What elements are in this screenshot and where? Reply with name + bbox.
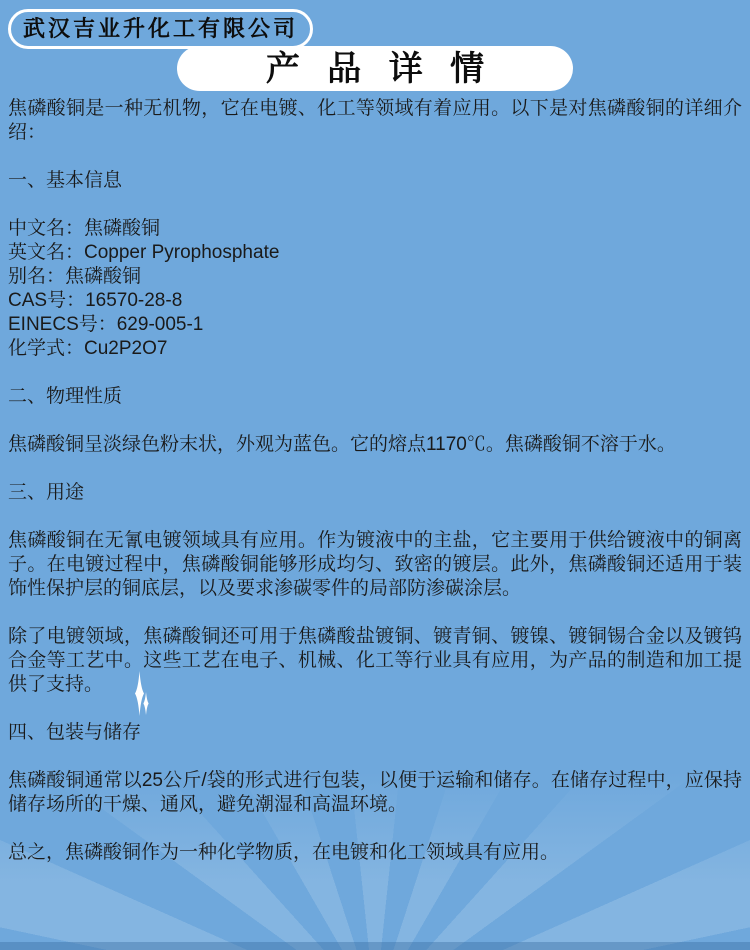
property-chinese-name: 中文名：焦磷酸铜 [8,217,742,241]
uses-paragraph-2: 除了电镀领域，焦磷酸铜还可用于焦磷酸盐镀铜、镀青铜、镀镍、镀铜锡合金以及镀钨合金… [8,625,742,697]
section-heading-physical-properties: 二、物理性质 [8,385,742,409]
section-heading-basic-info: 一、基本信息 [8,169,742,193]
section-heading-uses: 三、用途 [8,481,742,505]
uses-paragraph-1: 焦磷酸铜在无氰电镀领域具有应用。作为镀液中的主盐，它主要用于供给镀液中的铜离子。… [8,529,742,601]
page-title-banner: 产 品 详 情 [177,46,573,91]
intro-paragraph: 焦磷酸铜是一种无机物，它在电镀、化工等领域有着应用。以下是对焦磷酸铜的详细介绍： [8,97,742,145]
property-alias: 别名：焦磷酸铜 [8,265,742,289]
summary-paragraph: 总之，焦磷酸铜作为一种化学物质，在电镀和化工领域具有应用。 [8,841,742,865]
company-badge: 武汉吉业升化工有限公司 [8,9,313,49]
property-cas-number: CAS号：16570-28-8 [8,289,742,313]
packaging-storage-paragraph: 焦磷酸铜通常以25公斤/袋的形式进行包装，以便于运输和储存。在储存过程中，应保持… [8,769,742,817]
property-einecs-number: EINECS号：629-005-1 [8,313,742,337]
property-english-name: 英文名：Copper Pyrophosphate [8,241,742,265]
product-description: 焦磷酸铜是一种无机物，它在电镀、化工等领域有着应用。以下是对焦磷酸铜的详细介绍：… [8,97,742,889]
page-title: 产 品 详 情 [257,52,493,86]
sparkle-icon [141,692,151,715]
bottom-bar [0,942,750,950]
basic-info-list: 中文名：焦磷酸铜 英文名：Copper Pyrophosphate 别名：焦磷酸… [8,217,742,361]
property-chemical-formula: 化学式：Cu2P2O7 [8,337,742,361]
section-heading-packaging-storage: 四、包装与储存 [8,721,742,745]
product-detail-page: 武汉吉业升化工有限公司 产 品 详 情 焦磷酸铜是一种无机物，它在电镀、化工等领… [0,0,750,950]
physical-properties-paragraph: 焦磷酸铜呈淡绿色粉末状，外观为蓝色。它的熔点1170℃。焦磷酸铜不溶于水。 [8,433,742,457]
